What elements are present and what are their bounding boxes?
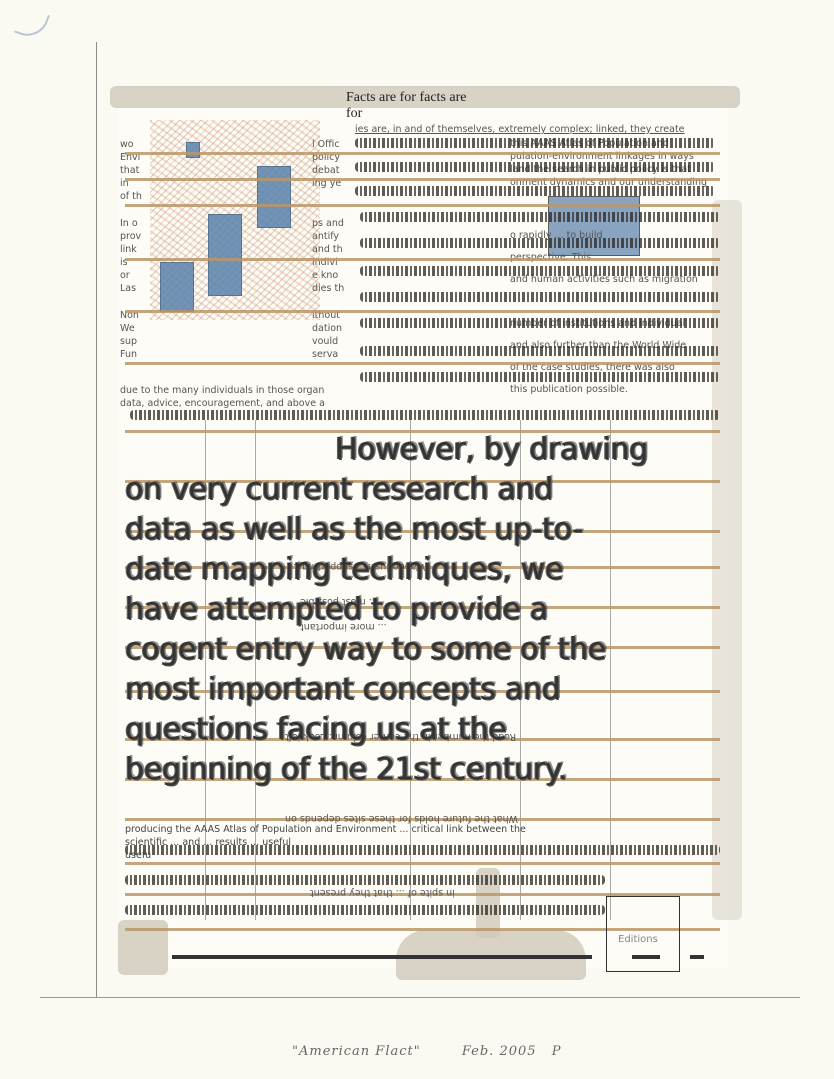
center-column-line: serva (312, 348, 357, 361)
left-column-line: We (120, 322, 160, 335)
tape-line (125, 204, 720, 207)
main-line: questions facing us at the (125, 710, 725, 750)
handwriting-scribble (360, 238, 720, 248)
title-line-2: for (346, 106, 466, 122)
handwriting-scribble (360, 292, 720, 302)
publisher-label: Editions (618, 934, 658, 945)
handwriting-scribble (125, 875, 605, 885)
handwriting-scribble (360, 266, 720, 276)
title-line-1: Facts are for facts are (346, 90, 466, 106)
handwriting-scribble (355, 186, 715, 196)
chart-bar (160, 262, 194, 312)
inverted-text: in spite of ... that they present (310, 886, 455, 899)
center-column-line: vould (312, 335, 357, 348)
lower-line: producing the AAAS Atlas of Population a… (125, 823, 720, 836)
tape-line (125, 258, 720, 261)
handwriting-scribble (355, 162, 715, 172)
main-line: date mapping techniques, we (125, 550, 725, 590)
tape-line (125, 178, 720, 181)
main-statement: However, by drawing on very current rese… (125, 430, 725, 790)
lower-line: scientific ... and ... results ... usefu… (125, 836, 720, 849)
left-column-line: Fun (120, 348, 160, 361)
tape-line (125, 862, 720, 865)
handwriting-scribble (130, 410, 720, 420)
handwriting-scribble (355, 138, 715, 148)
left-body-tail: due to the many individuals in those org… (120, 384, 360, 410)
main-line: most important concepts and (125, 670, 725, 710)
frame-bottom-line (40, 997, 800, 998)
chart-bar-small (186, 142, 200, 158)
left-column-line: sup (120, 335, 160, 348)
chart-bar (208, 214, 242, 296)
header-fragment: ies are, in and of themselves, extremely… (355, 123, 725, 136)
center-column-line: dation (312, 322, 357, 335)
lower-line: usefu (125, 849, 720, 862)
handwriting-scribble (360, 372, 720, 382)
chart-bar (257, 166, 291, 228)
handwriting-scribble (125, 905, 605, 915)
artwork-date: Feb. 2005 (462, 1044, 537, 1059)
main-line: data as well as the most up-to- (125, 510, 725, 550)
body-line: data, advice, encouragement, and above a (120, 397, 360, 410)
footer-rule-end (690, 955, 704, 959)
artist-mark: P (552, 1044, 562, 1059)
tape-line (125, 362, 720, 365)
main-line: cogent entry way to some of the (125, 630, 725, 670)
tape-line (125, 310, 720, 313)
scribbled-bar-chart (150, 120, 320, 320)
handwriting-scribble (360, 318, 720, 328)
main-line: However, by drawing (125, 430, 725, 470)
footer-rule (172, 955, 592, 959)
title-text: Facts are for facts are for (346, 90, 466, 122)
main-line: beginning of the 21st century. (125, 750, 725, 790)
body-line: due to the many individuals in those org… (120, 384, 360, 397)
handwriting-scribble (360, 212, 720, 222)
artist-signature: "American Flact" Feb. 2005 P (292, 1044, 597, 1059)
artwork-title: "American Flact" (292, 1044, 421, 1059)
handwriting-scribble (360, 346, 720, 356)
body-line: this publication possible. (510, 379, 725, 401)
corner-pencil-mark (14, 6, 50, 42)
frame-left-line (96, 42, 97, 997)
main-line: have attempted to provide a (125, 590, 725, 630)
main-line: on very current research and (125, 470, 725, 510)
lower-text: producing the AAAS Atlas of Population a… (125, 823, 720, 862)
tape-line (125, 152, 720, 155)
